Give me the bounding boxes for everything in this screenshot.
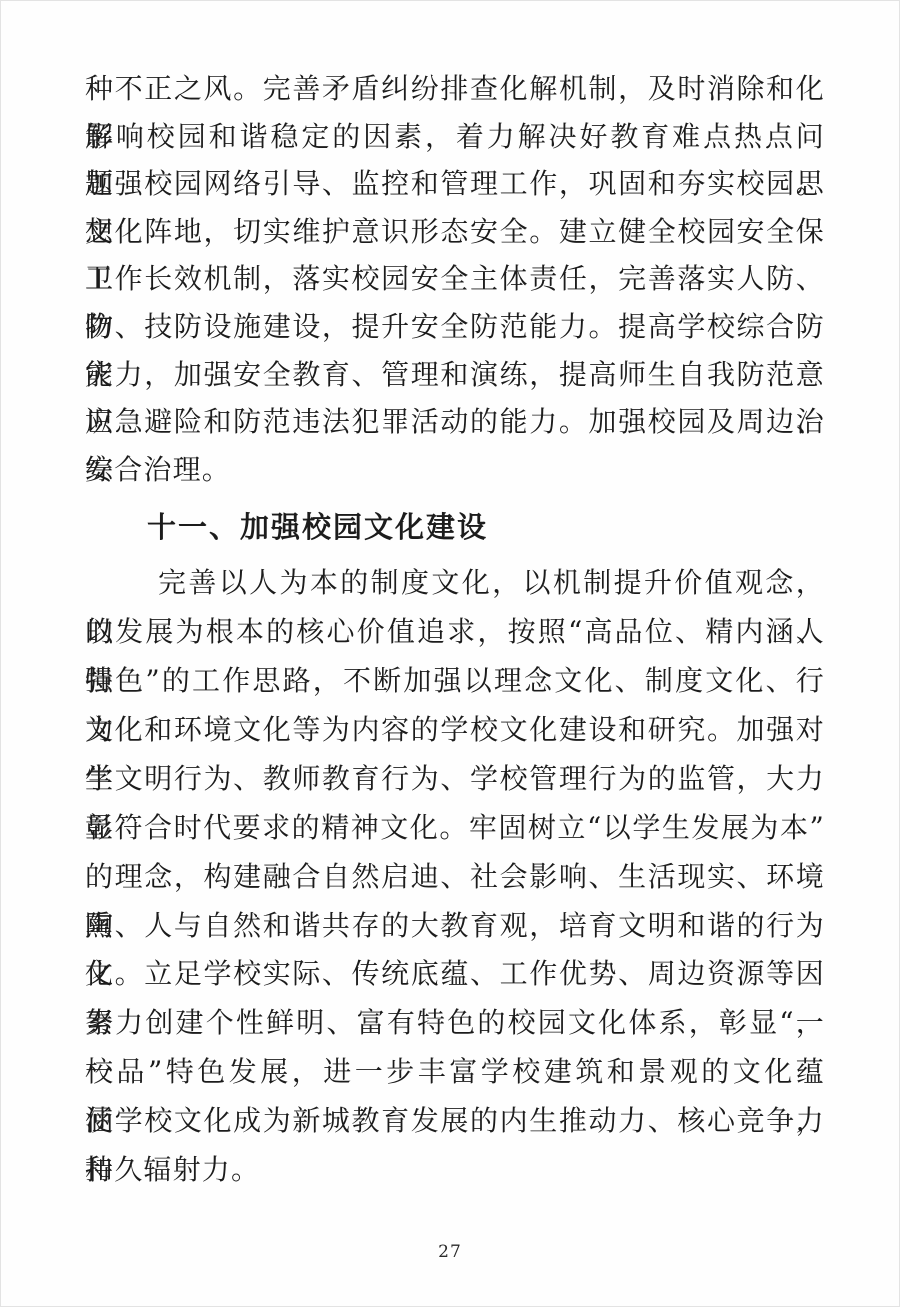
text-line: 一品”特色发展，进一步丰富学校建筑和景观的文化蕴涵， (85, 1048, 825, 1097)
text-line: 显符合时代要求的精神文化。牢固树立“以学生发展为本” (85, 804, 825, 853)
text-line: 使学校文化成为新城教育发展的内生推动力、核心竞争力和 (85, 1097, 825, 1146)
section-heading-campus-culture: 十一、加强校园文化建设 (85, 503, 825, 551)
text-line: 种不正之风。完善矛盾纠纷排查化解机制，及时消除和化解 (85, 65, 825, 113)
text-line: 生文明行为、教师教育行为、学校管理行为的监管，大力彰 (85, 755, 825, 804)
text-line: 完善以人为本的制度文化，以机制提升价值观念，以人 (85, 559, 825, 608)
text-line: 加强校园网络引导、监控和管理工作，巩固和夯实校园思想 (85, 160, 825, 208)
document-page: 种不正之风。完善矛盾纠纷排查化解机制，及时消除和化解 影响校园和谐稳定的因素，着… (0, 0, 900, 1307)
text-line: 工作长效机制，落实校园安全主体责任，完善落实人防、物 (85, 255, 825, 303)
text-line: 特色”的工作思路，不断加强以理念文化、制度文化、行为 (85, 657, 825, 706)
text-line: 努力创建个性鲜明、富有特色的校园文化体系，彰显“一校 (85, 999, 825, 1048)
text-line: 的理念，构建融合自然启迪、社会影响、生活现实、环境熏 (85, 853, 825, 902)
text-line: 影响校园和谐稳定的因素，着力解决好教育难点热点问题。 (85, 113, 825, 161)
text-line: 文化和环境文化等为内容的学校文化建设和研究。加强对学 (85, 706, 825, 755)
text-line: 防、技防设施建设，提升安全防范能力。提高学校综合防灾 (85, 303, 825, 351)
page-number: 27 (1, 1242, 899, 1262)
paragraph-campus-safety: 种不正之风。完善矛盾纠纷排查化解机制，及时消除和化解 影响校园和谐稳定的因素，着… (85, 65, 825, 493)
text-line: 应急避险和防范违法犯罪活动的能力。加强校园及周边治安 (85, 398, 825, 446)
text-line: 陶、人与自然和谐共存的大教育观，培育文明和谐的行为文 (85, 902, 825, 951)
text-line: 的发展为根本的核心价值追求，按照“高品位、精内涵、强 (85, 608, 825, 657)
paragraph-campus-culture: 完善以人为本的制度文化，以机制提升价值观念，以人 的发展为根本的核心价值追求，按… (85, 559, 825, 1195)
text-line: 化。立足学校实际、传统底蕴、工作优势、周边资源等因素， (85, 950, 825, 999)
text-line: 能力，加强安全教育、管理和演练，提高师生自我防范意识、 (85, 351, 825, 399)
text-line: 综合治理。 (85, 446, 825, 494)
text-line: 持久辐射力。 (85, 1146, 825, 1195)
text-line: 文化阵地，切实维护意识形态安全。建立健全校园安全保卫 (85, 208, 825, 256)
